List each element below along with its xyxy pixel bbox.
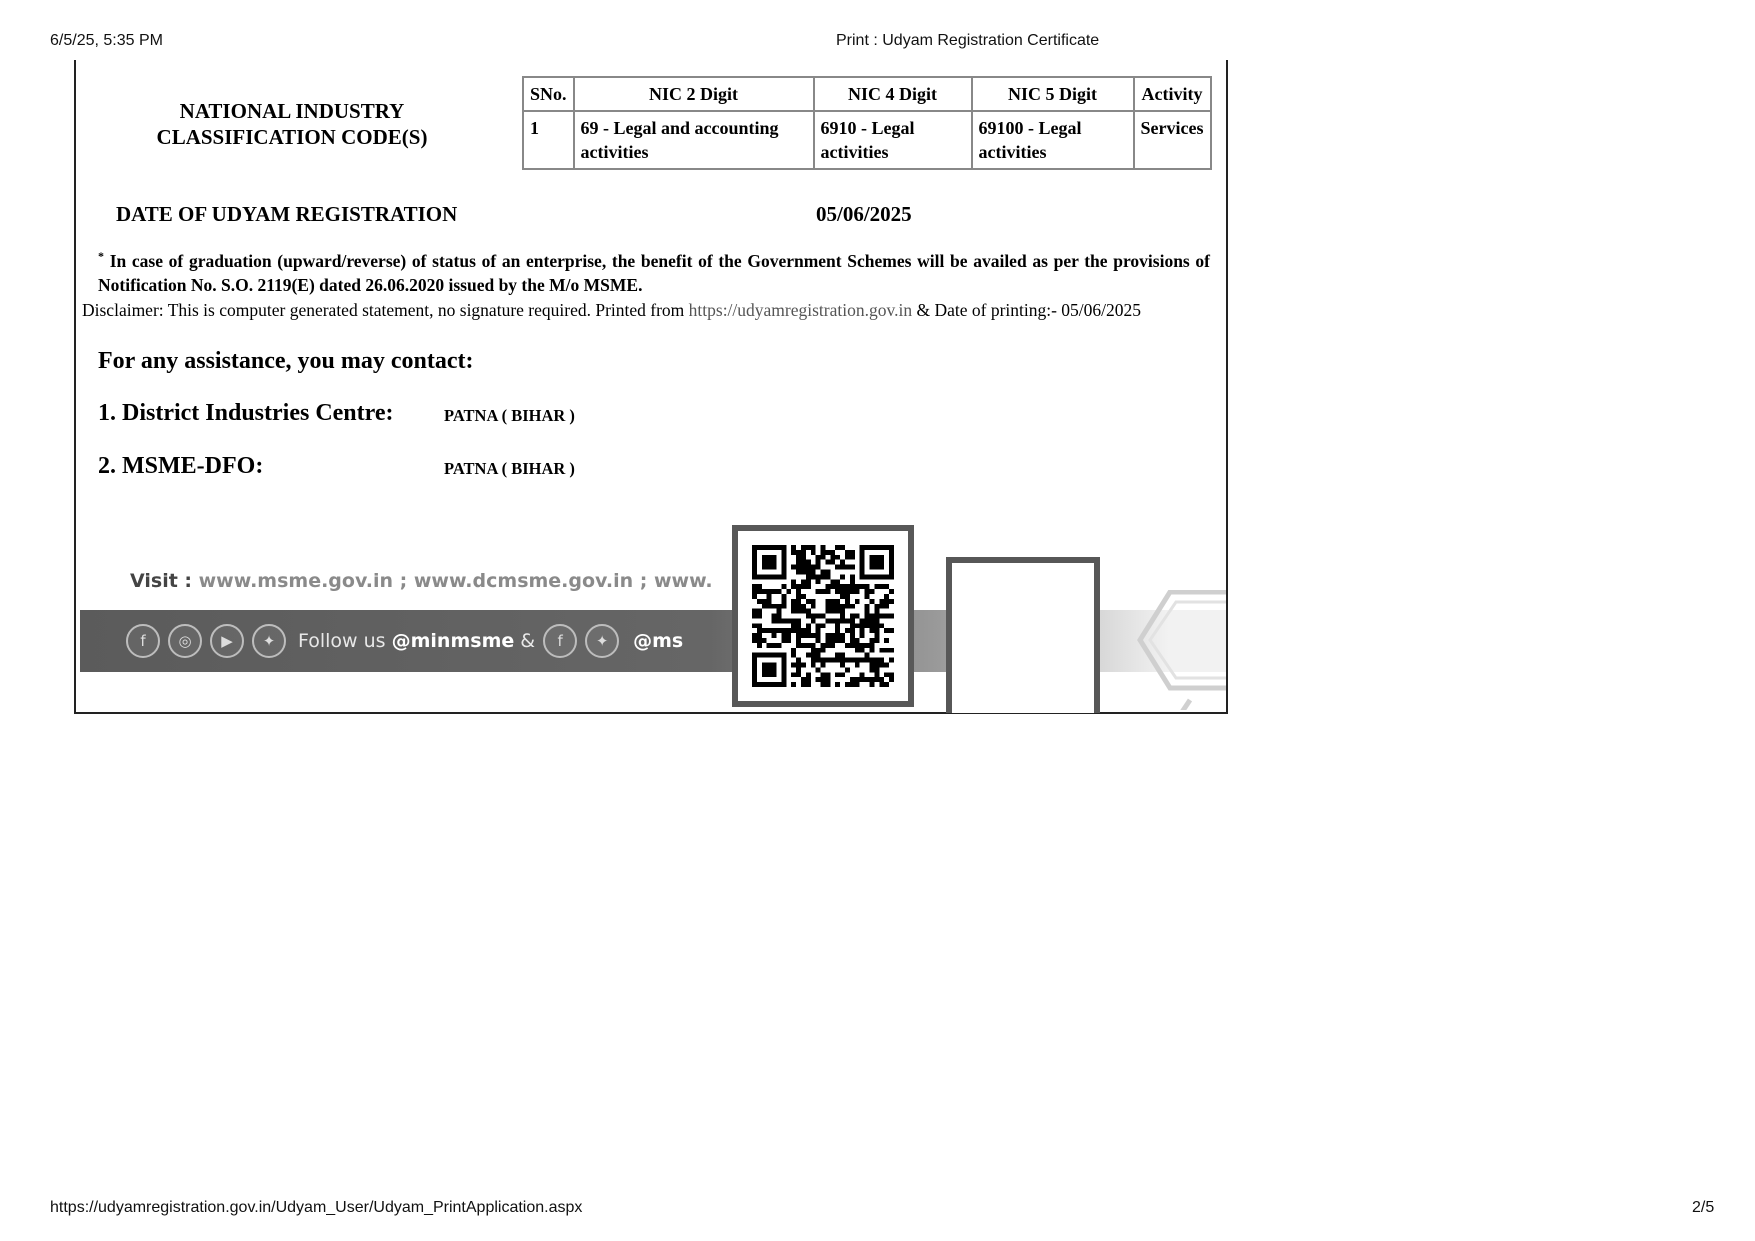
youtube-icon: ▶ [210, 624, 244, 658]
cell-nic5: 69100 - Legal activities [972, 111, 1134, 169]
twitter-icon: ✦ [585, 624, 619, 658]
col-sno: SNo. [523, 77, 574, 111]
cell-nic4: 6910 - Legal activities [814, 111, 972, 169]
qr-code-icon [752, 545, 894, 687]
col-nic5: NIC 5 Digit [972, 77, 1134, 111]
print-url: https://udyamregistration.gov.in/Udyam_U… [50, 1199, 582, 1217]
contact-dfo-value: PATNA ( BIHAR ) [444, 459, 575, 479]
nic-table-header: SNo. NIC 2 Digit NIC 4 Digit NIC 5 Digit… [523, 77, 1211, 111]
registration-date-label: DATE OF UDYAM REGISTRATION [116, 202, 457, 227]
photo-frame [946, 557, 1100, 713]
graduation-note: * In case of graduation (upward/reverse)… [98, 244, 1210, 297]
nic-table: SNo. NIC 2 Digit NIC 4 Digit NIC 5 Digit… [522, 76, 1212, 170]
assistance-heading: For any assistance, you may contact: [98, 348, 474, 375]
table-row: 1 69 - Legal and accounting activities 6… [523, 111, 1211, 169]
qr-code-frame [732, 525, 914, 707]
photo-placeholder [952, 563, 1094, 713]
note-marker: * [98, 249, 104, 263]
print-title: Print : Udyam Registration Certificate [836, 32, 1099, 50]
twitter-icon: ✦ [252, 624, 286, 658]
disclaimer-prefix: Disclaimer: This is computer generated s… [82, 300, 689, 320]
contact-dic-value: PATNA ( BIHAR ) [444, 406, 575, 426]
instagram-icon: ◎ [168, 624, 202, 658]
follow-label: Follow us [298, 630, 392, 652]
print-datetime: 6/5/25, 5:35 PM [50, 32, 163, 50]
amp: & [514, 630, 535, 652]
handle-ms: @ms [633, 630, 683, 652]
visit-lead: Visit : [130, 570, 199, 592]
qr-code [738, 531, 908, 701]
social-row: f ◎ ▶ ✦ Follow us @minmsme & f ✦ @ms [126, 624, 683, 658]
nic-section-label: NATIONAL INDUSTRY CLASSIFICATION CODE(S) [152, 98, 432, 150]
follow-text: Follow us @minmsme & [298, 630, 535, 652]
visit-links: www.msme.gov.in ; www.dcmsme.gov.in ; ww… [199, 570, 713, 592]
col-nic2: NIC 2 Digit [574, 77, 814, 111]
page-number: 2/5 [1692, 1199, 1714, 1217]
contact-dfo-label: 2. MSME-DFO: [98, 453, 263, 480]
col-nic4: NIC 4 Digit [814, 77, 972, 111]
cell-nic2: 69 - Legal and accounting activities [574, 111, 814, 169]
hexagon-decoration [1130, 590, 1226, 710]
cell-activity: Services [1134, 111, 1211, 169]
contact-dic-label: 1. District Industries Centre: [98, 400, 394, 427]
cell-sno: 1 [523, 111, 574, 169]
disclaimer-link[interactable]: https://udyamregistration.gov.in [689, 300, 912, 320]
disclaimer-suffix: & Date of printing:- 05/06/2025 [912, 300, 1141, 320]
facebook-icon: f [126, 624, 160, 658]
handle-minmsme: @minmsme [392, 630, 515, 652]
disclaimer: Disclaimer: This is computer generated s… [82, 300, 1141, 321]
registration-date-value: 05/06/2025 [816, 202, 912, 227]
facebook-icon: f [543, 624, 577, 658]
note-text: In case of graduation (upward/reverse) o… [98, 251, 1210, 295]
col-activity: Activity [1134, 77, 1211, 111]
